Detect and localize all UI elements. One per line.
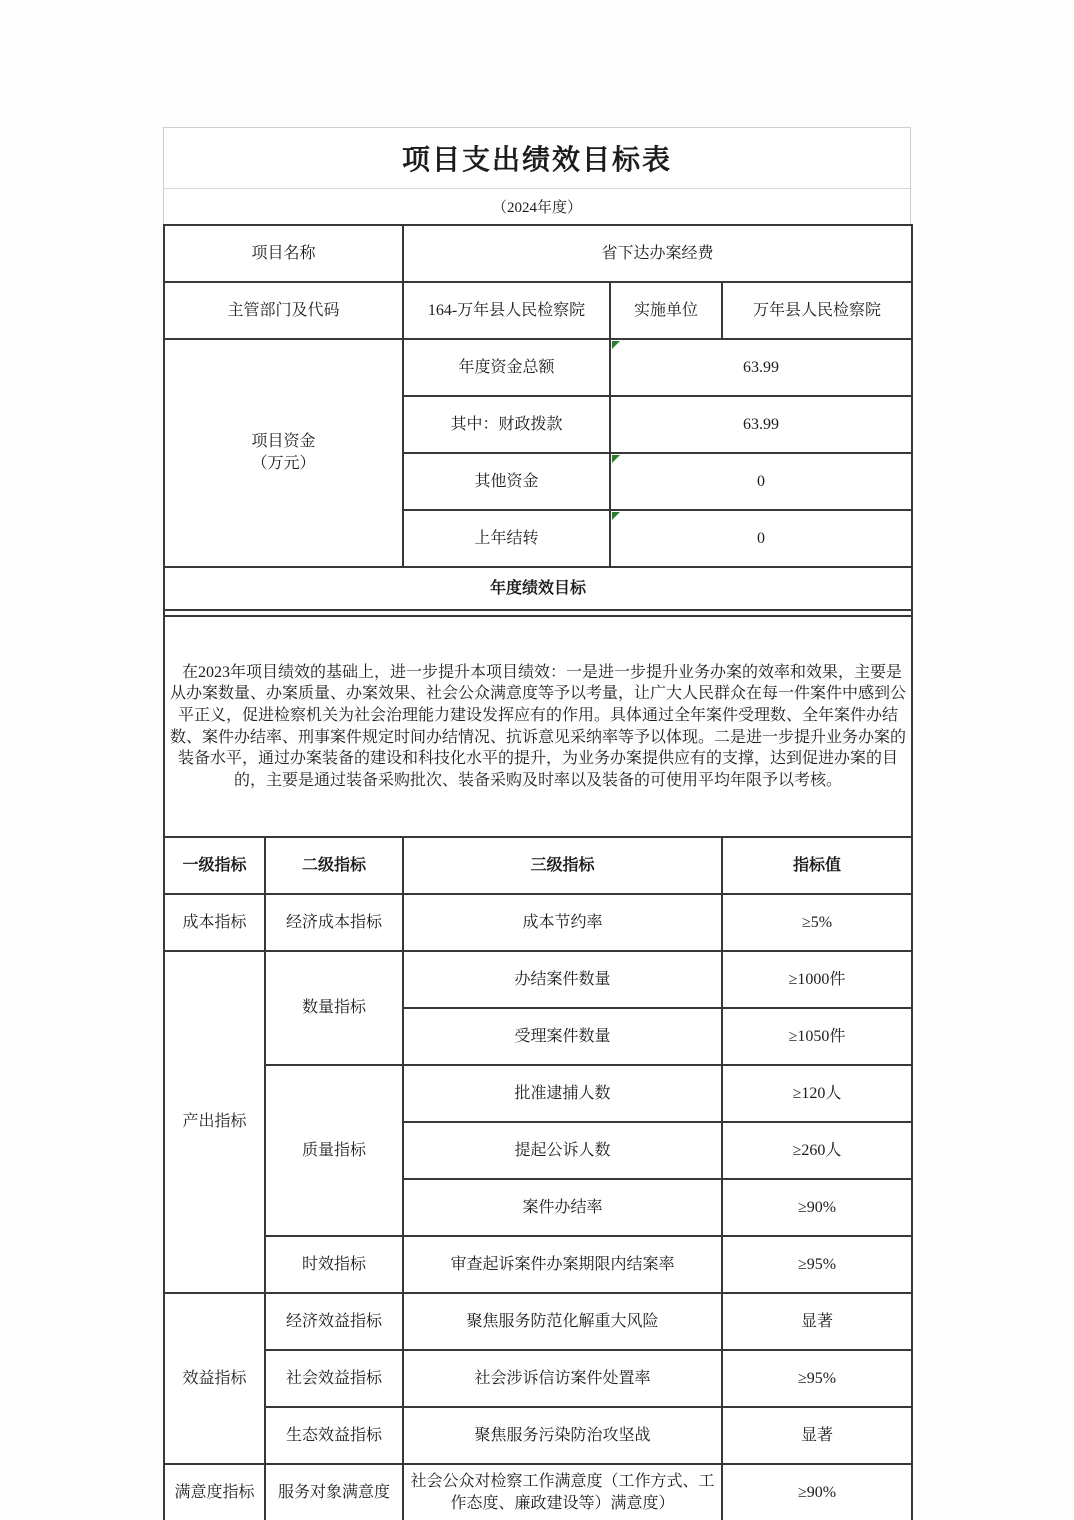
level1-cell: 成本指标 <box>164 894 265 951</box>
level3-cell: 受理案件数量 <box>403 1008 722 1065</box>
value-cell: ≥1000件 <box>722 951 912 1008</box>
funds-value-text: 0 <box>757 473 765 490</box>
funds-row-value: 63.99 <box>610 339 912 396</box>
level3-cell: 案件办结率 <box>403 1179 722 1236</box>
value-cell: ≥95% <box>722 1236 912 1293</box>
level1-cell: 效益指标 <box>164 1293 265 1464</box>
funds-value-text: 63.99 <box>743 359 779 376</box>
value-cell: ≥5% <box>722 894 912 951</box>
implement-unit-label: 实施单位 <box>610 282 722 339</box>
funds-row-label: 上年结转 <box>403 510 610 567</box>
value-cell: ≥260人 <box>722 1122 912 1179</box>
value-cell: 显著 <box>722 1407 912 1464</box>
table-row: 项目资金 （万元） 年度资金总额 63.99 <box>164 339 912 396</box>
table-row: 项目名称 省下达办案经费 <box>164 225 912 282</box>
header-level1: 一级指标 <box>164 837 265 894</box>
table-row: 主管部门及代码 164-万年县人民检察院 实施单位 万年县人民检察院 <box>164 282 912 339</box>
indicator-row: 时效指标 审查起诉案件办案期限内结案率 ≥95% <box>164 1236 912 1293</box>
value-cell: ≥90% <box>722 1464 912 1520</box>
indicator-row: 生态效益指标 聚焦服务污染防治攻坚战 显著 <box>164 1407 912 1464</box>
main-table: 项目名称 省下达办案经费 主管部门及代码 164-万年县人民检察院 实施单位 万… <box>163 224 913 1520</box>
indicator-row: 社会效益指标 社会涉诉信访案件处置率 ≥95% <box>164 1350 912 1407</box>
title-block: 项目支出绩效目标表 （2024年度） <box>163 127 911 224</box>
level2-cell: 经济效益指标 <box>265 1293 403 1350</box>
value-cell: ≥1050件 <box>722 1008 912 1065</box>
value-cell: 显著 <box>722 1293 912 1350</box>
level2-cell: 数量指标 <box>265 951 403 1065</box>
level3-cell: 批准逮捕人数 <box>403 1065 722 1122</box>
level3-cell: 聚焦服务污染防治攻坚战 <box>403 1407 722 1464</box>
value-cell: ≥95% <box>722 1350 912 1407</box>
funds-row-value: 0 <box>610 510 912 567</box>
annual-target-header: 年度绩效目标 <box>164 567 912 610</box>
header-value: 指标值 <box>722 837 912 894</box>
department-label: 主管部门及代码 <box>164 282 403 339</box>
level2-cell: 生态效益指标 <box>265 1407 403 1464</box>
level3-cell: 办结案件数量 <box>403 951 722 1008</box>
indicator-row: 效益指标 经济效益指标 聚焦服务防范化解重大风险 显著 <box>164 1293 912 1350</box>
indicator-row: 成本指标 经济成本指标 成本节约率 ≥5% <box>164 894 912 951</box>
level2-cell: 服务对象满意度 <box>265 1464 403 1520</box>
page-title: 项目支出绩效目标表 <box>164 128 910 189</box>
page-subtitle: （2024年度） <box>164 189 910 224</box>
indicator-header-row: 一级指标 二级指标 三级指标 指标值 <box>164 837 912 894</box>
table-container: 项目支出绩效目标表 （2024年度） 项目名称 省下达办案经费 主管部门及代码 … <box>163 127 911 1520</box>
funds-row-value: 0 <box>610 453 912 510</box>
cell-flag-icon <box>612 341 620 349</box>
cell-flag-icon <box>612 455 620 463</box>
value-cell: ≥90% <box>722 1179 912 1236</box>
level3-cell: 社会涉诉信访案件处置率 <box>403 1350 722 1407</box>
level3-cell: 成本节约率 <box>403 894 722 951</box>
funds-row-label: 年度资金总额 <box>403 339 610 396</box>
level2-cell: 经济成本指标 <box>265 894 403 951</box>
indicator-row: 产出指标 数量指标 办结案件数量 ≥1000件 <box>164 951 912 1008</box>
level1-cell: 产出指标 <box>164 951 265 1293</box>
project-name-value: 省下达办案经费 <box>403 225 912 282</box>
annual-target-text: 在2023年项目绩效的基础上，进一步提升本项目绩效：一是进一步提升业务办案的效率… <box>164 616 912 837</box>
level2-cell: 时效指标 <box>265 1236 403 1293</box>
level2-cell: 社会效益指标 <box>265 1350 403 1407</box>
indicator-row: 满意度指标 服务对象满意度 社会公众对检察工作满意度（工作方式、工作态度、廉政建… <box>164 1464 912 1520</box>
department-value: 164-万年县人民检察院 <box>403 282 610 339</box>
indicator-row: 质量指标 批准逮捕人数 ≥120人 <box>164 1065 912 1122</box>
header-level2: 二级指标 <box>265 837 403 894</box>
performance-target-sheet: 项目支出绩效目标表 （2024年度） 项目名称 省下达办案经费 主管部门及代码 … <box>0 0 1074 1520</box>
funds-value-text: 63.99 <box>743 416 779 433</box>
table-row: 年度绩效目标 <box>164 567 912 610</box>
level3-cell: 提起公诉人数 <box>403 1122 722 1179</box>
cell-flag-icon <box>612 512 620 520</box>
header-level3: 三级指标 <box>403 837 722 894</box>
funds-row-value: 63.99 <box>610 396 912 453</box>
funds-value-text: 0 <box>757 530 765 547</box>
project-name-label: 项目名称 <box>164 225 403 282</box>
value-cell: ≥120人 <box>722 1065 912 1122</box>
level3-cell: 聚焦服务防范化解重大风险 <box>403 1293 722 1350</box>
funds-row-label: 其中：财政拨款 <box>403 396 610 453</box>
level2-cell: 质量指标 <box>265 1065 403 1236</box>
implement-unit-value: 万年县人民检察院 <box>722 282 912 339</box>
level3-cell: 社会公众对检察工作满意度（工作方式、工作态度、廉政建设等）满意度） <box>403 1464 722 1520</box>
funds-group-label: 项目资金 （万元） <box>164 339 403 567</box>
level1-cell: 满意度指标 <box>164 1464 265 1520</box>
funds-row-label: 其他资金 <box>403 453 610 510</box>
level3-cell: 审查起诉案件办案期限内结案率 <box>403 1236 722 1293</box>
table-row: 在2023年项目绩效的基础上，进一步提升本项目绩效：一是进一步提升业务办案的效率… <box>164 616 912 837</box>
